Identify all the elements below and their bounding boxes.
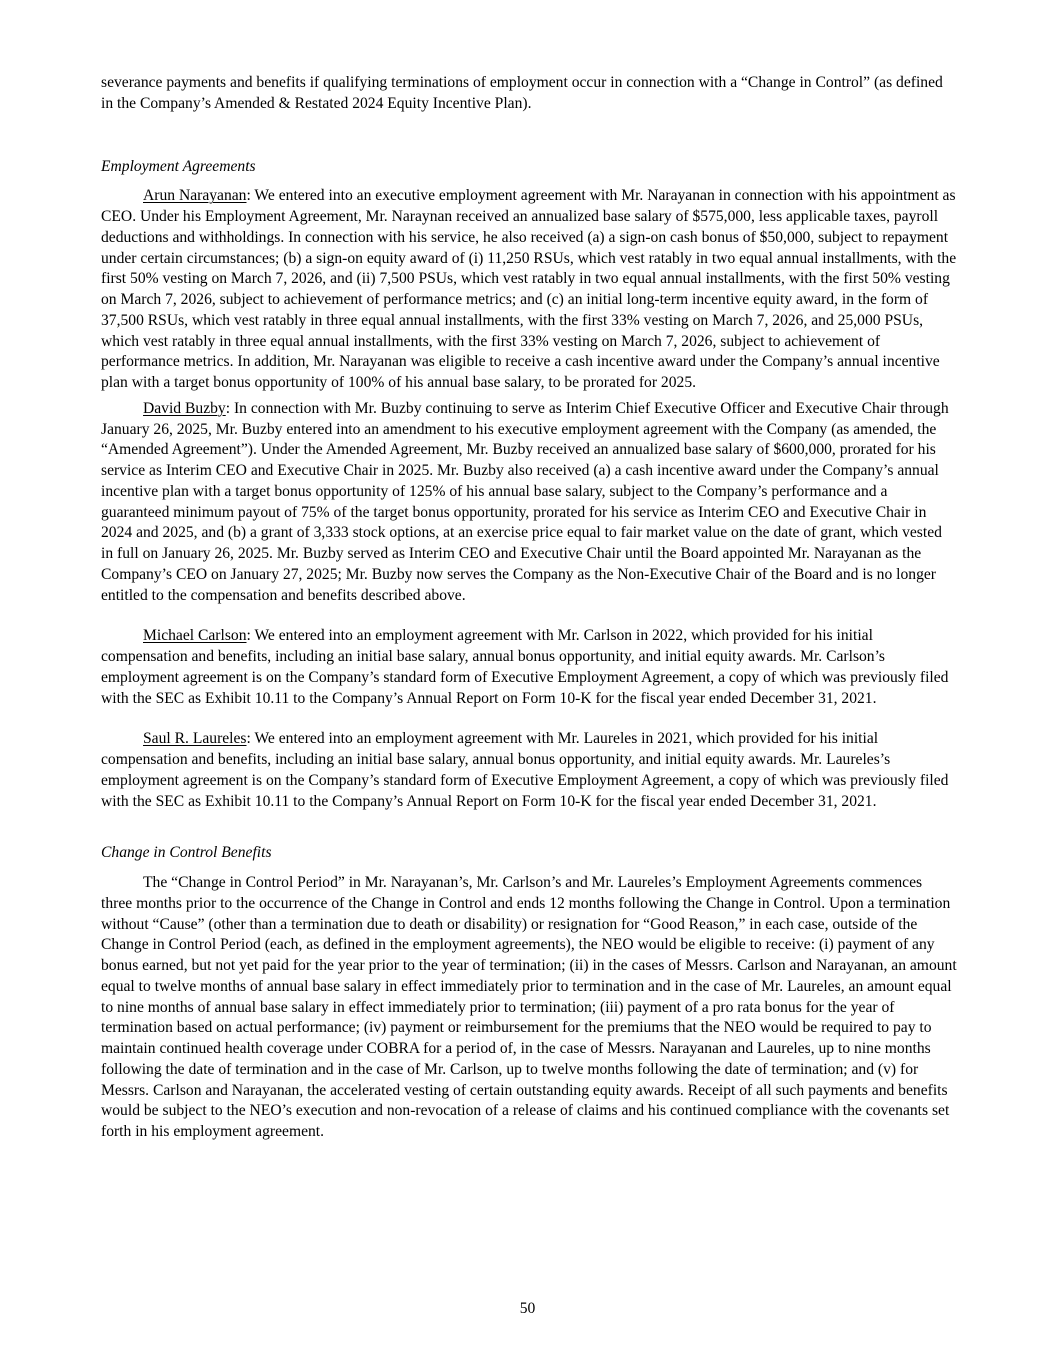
document-page: severance payments and benefits if quali…	[101, 73, 957, 1143]
text-buzby: : In connection with Mr. Buzby continuin…	[101, 400, 949, 604]
paragraph-carlson: Michael Carlson: We entered into an empl…	[101, 626, 957, 709]
paragraph-change-in-control: The “Change in Control Period” in Mr. Na…	[101, 873, 957, 1143]
text-narayanan: : We entered into an executive employmen…	[101, 187, 956, 391]
name-narayanan: Arun Narayanan	[143, 187, 246, 204]
paragraph-narayanan: Arun Narayanan: We entered into an execu…	[101, 186, 957, 394]
intro-paragraph: severance payments and benefits if quali…	[101, 73, 957, 115]
page-number: 50	[0, 1300, 1055, 1318]
section-heading-change-in-control: Change in Control Benefits	[101, 843, 957, 864]
name-carlson: Michael Carlson	[143, 627, 247, 644]
name-buzby: David Buzby	[143, 400, 226, 417]
section-heading-employment-agreements: Employment Agreements	[101, 157, 957, 178]
paragraph-laureles: Saul R. Laureles: We entered into an emp…	[101, 729, 957, 812]
paragraph-buzby: David Buzby: In connection with Mr. Buzb…	[101, 399, 957, 607]
name-laureles: Saul R. Laureles	[143, 730, 247, 747]
